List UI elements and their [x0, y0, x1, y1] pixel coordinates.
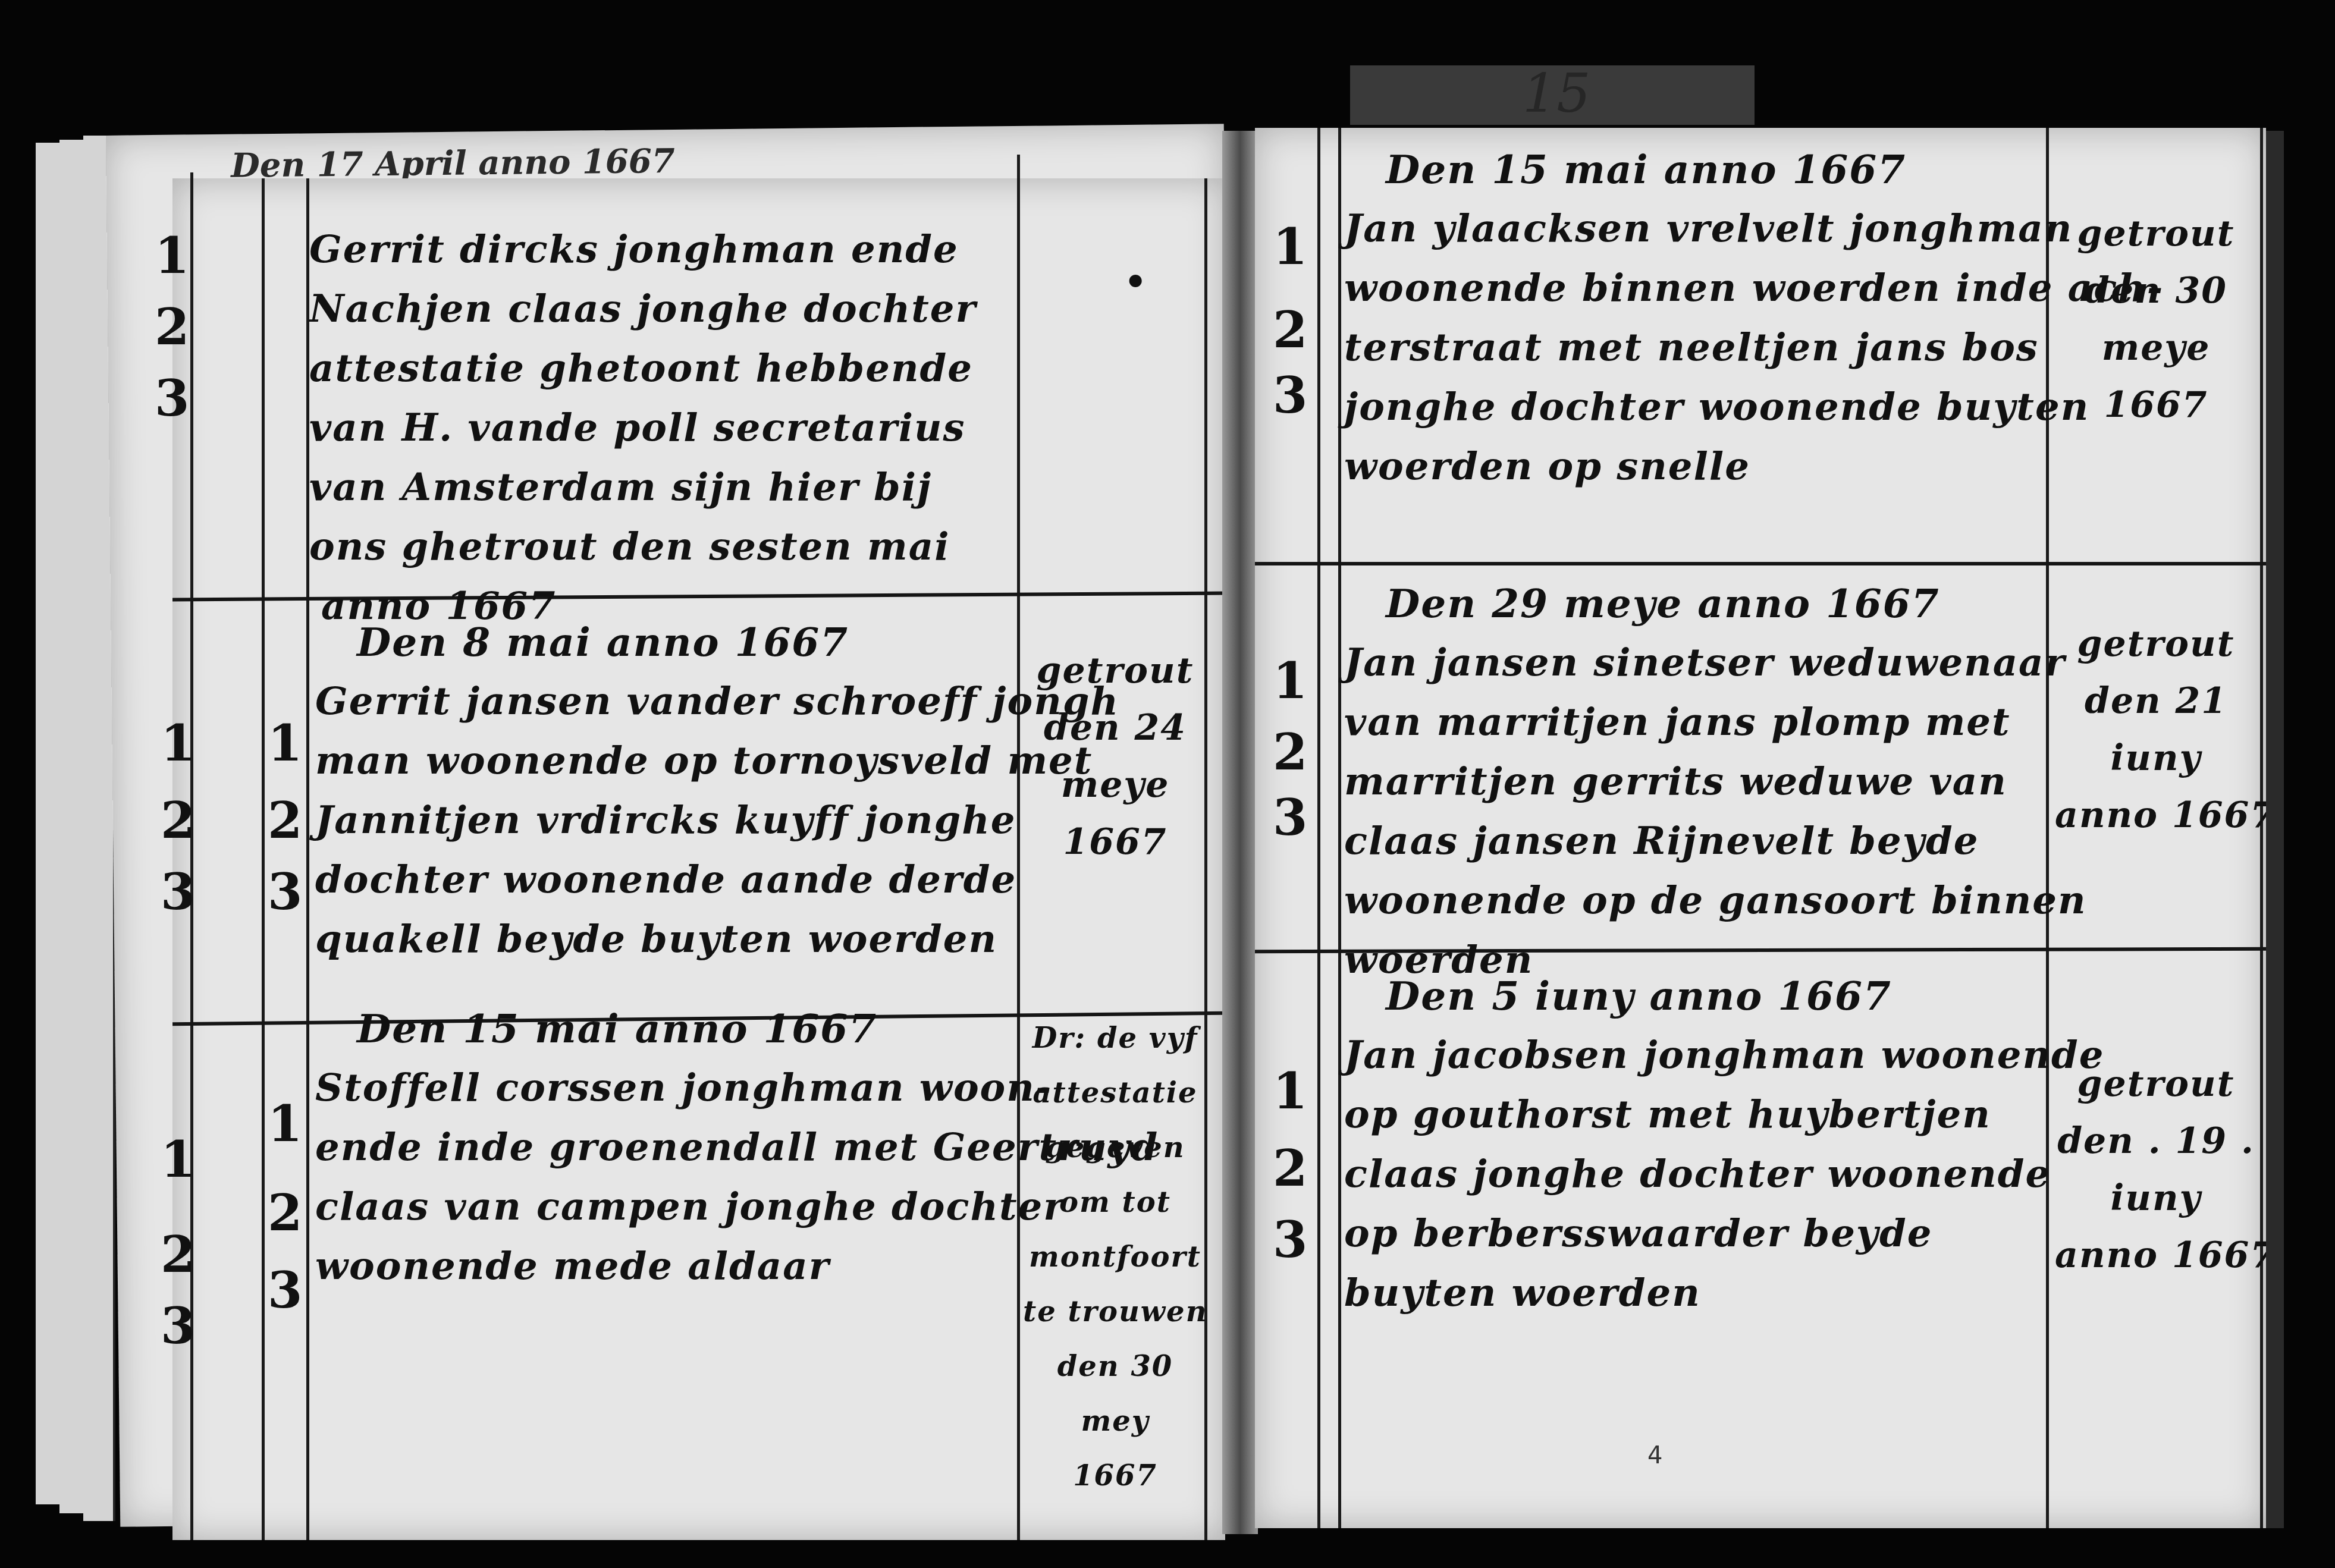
- note-line: anno 1667: [2055, 787, 2257, 844]
- entry-line: Jan jacobsen jonghman woonende: [1344, 1026, 2105, 1085]
- entry-line: Gerrit dircks jonghman ende: [309, 220, 977, 279]
- entry-line: woonende binnen woerden inde ach-: [1344, 259, 2164, 318]
- entry-line: dochter woonende aande derde: [315, 850, 1119, 910]
- note-line: 1667: [1023, 1448, 1207, 1503]
- marriage-note: getrout den 30 meye 1667: [2055, 205, 2257, 433]
- note-line: den . 19 .: [2055, 1113, 2257, 1170]
- entry-number: 3: [1273, 788, 1307, 847]
- entry-date: Den 8 mai anno 1667: [315, 612, 1119, 672]
- entry-line: ons ghetrout den sesten mai: [309, 517, 977, 577]
- marriage-note: Dr: de vyf attestatie gegeven om tot mon…: [1023, 1011, 1207, 1503]
- right-page: 1 2 3 Den 15 mai anno 1667 Jan ylaacksen…: [1255, 128, 2266, 1528]
- entry-line: op gouthorst met huybertjen: [1344, 1085, 2105, 1145]
- entry-line: terstraat met neeltjen jans bos: [1344, 318, 2164, 378]
- entry-date: Den 15 mai anno 1667: [1344, 140, 2164, 199]
- left-page: 1 2 3 Gerrit dircks jonghman ende Nachje…: [172, 178, 1225, 1540]
- note-line: anno 1667: [2055, 1227, 2257, 1284]
- note-line: den 30: [1023, 1339, 1207, 1394]
- entry-line: Nachjen claas jonghe dochter: [309, 279, 977, 339]
- ruling-line: [262, 178, 265, 1540]
- entry-number: 2: [268, 791, 302, 850]
- entry-text: Den 8 mai anno 1667 Gerrit jansen vander…: [315, 612, 1119, 969]
- entry-line: Gerrit jansen vander schroeff jongh: [315, 672, 1119, 731]
- entry-number: 2: [1273, 300, 1307, 359]
- entry-number: 2: [268, 1183, 302, 1242]
- entry-line: van Amsterdam sijn hier bij: [309, 458, 977, 517]
- entry-divider: [1255, 562, 2266, 565]
- margin-dot: •: [1124, 262, 1148, 303]
- prior-entry-number: 2: [161, 1225, 195, 1284]
- prior-entry-number: 1: [155, 226, 189, 285]
- entry-text: Gerrit dircks jonghman ende Nachjen claa…: [309, 220, 977, 636]
- entry-number: 2: [1273, 722, 1307, 781]
- prior-entry-number: 2: [161, 791, 195, 850]
- marriage-note: getrout den 24 meye 1667: [1029, 642, 1201, 871]
- note-line: meye: [1029, 756, 1201, 813]
- note-line: getrout: [1029, 642, 1201, 699]
- entry-number: 1: [1273, 1061, 1307, 1120]
- note-line: montfoort: [1023, 1230, 1207, 1284]
- entry-line: Jannitjen vrdircks kuyff jonghe: [315, 791, 1119, 850]
- note-line: gegeven: [1023, 1120, 1207, 1175]
- entry-number: 1: [1273, 217, 1307, 276]
- prior-entry-number: 3: [161, 862, 195, 921]
- entry-number: 1: [1273, 651, 1307, 710]
- entry-line: marritjen gerrits weduwe van: [1344, 752, 2087, 812]
- note-line: meye: [2055, 319, 2257, 376]
- entry-number: 3: [1273, 1210, 1307, 1269]
- entry-text: Den 29 meye anno 1667 Jan jansen sinetse…: [1344, 574, 2087, 990]
- book-gutter: [1222, 131, 1258, 1534]
- note-line: iuny: [2055, 1170, 2257, 1227]
- entry-line: op berbersswaarder beyde: [1344, 1204, 2105, 1264]
- entry-line: claas jonghe dochter woonende: [1344, 1145, 2105, 1204]
- right-page-edge: [2266, 131, 2284, 1528]
- note-line: den 30: [2055, 262, 2257, 319]
- entry-number: 1: [268, 714, 302, 772]
- entry-line: quakell beyde buyten woerden: [315, 910, 1119, 969]
- note-line: te trouwen: [1023, 1284, 1207, 1339]
- entry-line: woerden op snelle: [1344, 437, 2164, 497]
- note-line: om tot: [1023, 1175, 1207, 1230]
- entry-date: Den 5 iuny anno 1667: [1344, 966, 2105, 1026]
- entry-number: 1: [268, 1094, 302, 1153]
- prior-entry-number: 1: [161, 1130, 195, 1189]
- note-line: iuny: [2055, 730, 2257, 787]
- entry-number: 2: [1273, 1139, 1307, 1198]
- entry-line: buyten woerden: [1344, 1264, 2105, 1323]
- note-line: getrout: [2055, 615, 2257, 673]
- entry-line: man woonende op tornoysveld met: [315, 731, 1119, 791]
- entry-text: Den 15 mai anno 1667 Jan ylaacksen vrelv…: [1344, 140, 2164, 497]
- note-line: getrout: [2055, 205, 2257, 262]
- note-line: den 21: [2055, 673, 2257, 730]
- entry-line: claas jansen Rijnevelt beyde: [1344, 812, 2087, 871]
- ruling-line: [1317, 128, 1320, 1528]
- entry-line: van marritjen jans plomp met: [1344, 693, 2087, 752]
- page-edge-stack: [36, 143, 62, 1504]
- note-line: Dr: de vyf: [1023, 1011, 1207, 1066]
- prior-entry-number: 3: [155, 369, 189, 428]
- entry-line: jonghe dochter woonende buyten: [1344, 378, 2164, 437]
- note-line: 1667: [1029, 813, 1201, 871]
- entry-line: woonende op de gansoort binnen: [1344, 871, 2087, 931]
- note-line: getrout: [2055, 1055, 2257, 1113]
- page-number: 15: [1523, 62, 1591, 125]
- marriage-note: getrout den 21 iuny anno 1667: [2055, 615, 2257, 844]
- bottom-mark: 4: [1647, 1442, 1662, 1469]
- prior-entry-number: 3: [161, 1296, 195, 1355]
- entry-number: 3: [268, 862, 302, 921]
- entry-number: 3: [268, 1261, 302, 1319]
- note-line: attestatie: [1023, 1066, 1207, 1120]
- marriage-note: getrout den . 19 . iuny anno 1667: [2055, 1055, 2257, 1284]
- entry-line: Jan jansen sinetser weduwenaar: [1344, 633, 2087, 693]
- prior-entry-number: 2: [155, 297, 189, 356]
- page-edge-stack: [59, 140, 86, 1513]
- entry-line: van H. vande poll secretarius: [309, 398, 977, 458]
- entry-text: Den 5 iuny anno 1667 Jan jacobsen jonghm…: [1344, 966, 2105, 1323]
- prior-entry-number: 1: [161, 714, 195, 772]
- entry-date: Den 29 meye anno 1667: [1344, 574, 2087, 633]
- entry-number: 3: [1273, 366, 1307, 425]
- note-line: den 24: [1029, 699, 1201, 756]
- ruling-line: [1338, 128, 1341, 1528]
- note-line: 1667: [2055, 376, 2257, 433]
- entry-line: Jan ylaacksen vrelvelt jonghman: [1344, 199, 2164, 259]
- entry-line: attestatie ghetoont hebbende: [309, 339, 977, 398]
- note-line: mey: [1023, 1394, 1207, 1448]
